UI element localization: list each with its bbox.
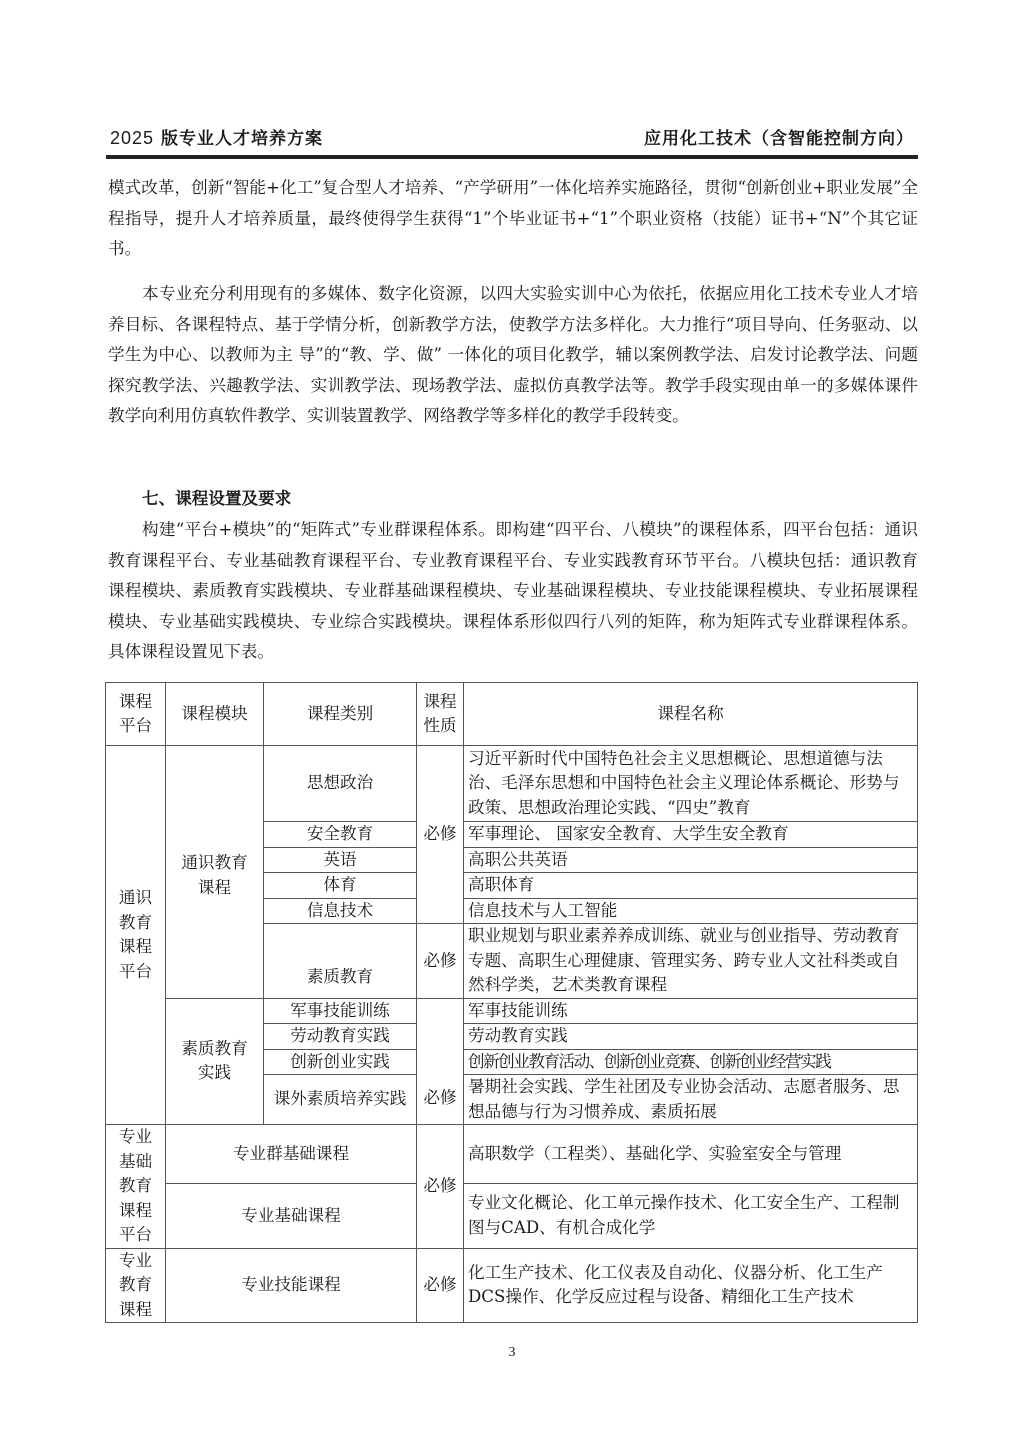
nature-cell: 必修 [417, 924, 464, 999]
header-year: 2025 [110, 128, 154, 148]
course-cell: 劳动教育实践 [464, 1024, 918, 1050]
module-prof-skill: 专业技能课程 [166, 1248, 417, 1323]
table-row: 素质教育实践 军事技能训练 必修 军事技能训练 [106, 998, 918, 1024]
header-nature: 课程性质 [417, 683, 464, 746]
table-header-row: 课程平台 课程模块 课程类别 课程性质 课程名称 [106, 683, 918, 746]
platform-basic: 专业基础教育课程平台 [106, 1125, 166, 1249]
nature-cell: 必修 [417, 746, 464, 924]
course-cell: 创新创业教育活动、创新创业竞赛、创新创业经营实践 [464, 1049, 918, 1075]
module-general-course: 通识教育课程 [166, 746, 264, 999]
course-cell: 高职体育 [464, 873, 918, 899]
table-row: 专业基础课程 专业文化概论、化工单元操作技术、化工安全生产、工程制图与CAD、有… [106, 1184, 918, 1248]
nature-cell: 必修 [417, 1248, 464, 1323]
header-module: 课程模块 [166, 683, 264, 746]
table-row: 专业基础教育课程平台 专业群基础课程 必修 高职数学（工程类）、基础化学、实验室… [106, 1125, 918, 1184]
category-cell: 英语 [264, 847, 417, 873]
course-cell: 高职公共英语 [464, 847, 918, 873]
header-divider [106, 155, 918, 159]
course-cell: 习近平新时代中国特色社会主义思想概论、思想道德与法治、毛泽东思想和中国特色社会主… [464, 746, 918, 822]
header-course-name: 课程名称 [464, 683, 918, 746]
category-cell: 信息技术 [264, 898, 417, 924]
platform-professional: 专业教育课程 [106, 1248, 166, 1323]
module-quality-practice: 素质教育实践 [166, 998, 264, 1125]
header-major-title: 应用化工技术（含智能控制方向） [644, 124, 914, 149]
course-cell: 军事理论、 国家安全教育、大学生安全教育 [464, 822, 918, 848]
module-prof-basic: 专业基础课程 [166, 1184, 417, 1248]
page-header: 2025 版专业人才培养方案 应用化工技术（含智能控制方向） [108, 122, 918, 148]
curriculum-table: 课程平台 课程模块 课程类别 课程性质 课程名称 通识教育课程平台 通识教育课程… [105, 682, 918, 1323]
module-group-basic: 专业群基础课程 [166, 1125, 417, 1184]
course-cell: 军事技能训练 [464, 998, 918, 1024]
header-platform: 课程平台 [106, 683, 166, 746]
category-cell: 安全教育 [264, 822, 417, 848]
platform-general: 通识教育课程平台 [106, 746, 166, 1125]
category-cell: 创新创业实践 [264, 1049, 417, 1075]
course-cell: 信息技术与人工智能 [464, 898, 918, 924]
paragraph-curriculum-intro: 构建“平台+模块”的“矩阵式”专业群课程体系。即构建“四平台、八模块”的课程体系… [108, 515, 918, 668]
course-cell: 化工生产技术、化工仪表及自动化、仪器分析、化工生产DCS操作、化学反应过程与设备… [464, 1248, 918, 1323]
category-cell: 体育 [264, 873, 417, 899]
category-cell: 课外素质培养实践 [264, 1075, 417, 1125]
category-cell: 军事技能训练 [264, 998, 417, 1024]
paragraph-reform: 模式改革，创新“智能+化工”复合型人才培养、“产学研用”一体化培养实施路径，贯彻… [108, 173, 918, 265]
nature-cell: 必修 [417, 1125, 464, 1249]
header-left: 2025 版专业人才培养方案 [110, 124, 323, 149]
table-row: 通识教育课程平台 通识教育课程 思想政治 必修 习近平新时代中国特色社会主义思想… [106, 746, 918, 822]
category-cell: 素质教育 [264, 924, 417, 999]
course-cell: 专业文化概论、化工单元操作技术、化工安全生产、工程制图与CAD、有机合成化学 [464, 1184, 918, 1248]
course-cell: 高职数学（工程类）、基础化学、实验室安全与管理 [464, 1125, 918, 1184]
course-cell: 职业规划与职业素养养成训练、就业与创业指导、劳动教育专题、高职生心理健康、管理实… [464, 924, 918, 999]
nature-cell: 必修 [417, 998, 464, 1125]
table-row: 专业教育课程 专业技能课程 必修 化工生产技术、化工仪表及自动化、仪器分析、化工… [106, 1248, 918, 1323]
section-heading: 七、课程设置及要求 [142, 485, 291, 509]
category-cell: 思想政治 [264, 746, 417, 822]
page-number: 3 [0, 1345, 1024, 1361]
header-category: 课程类别 [264, 683, 417, 746]
header-doc-title: 版专业人才培养方案 [161, 129, 323, 149]
course-cell: 暑期社会实践、学生社团及专业协会活动、志愿者服务、思想品德与行为习惯养成、素质拓… [464, 1075, 918, 1125]
category-cell: 劳动教育实践 [264, 1024, 417, 1050]
paragraph-teaching-methods: 本专业充分利用现有的多媒体、数字化资源，以四大实验实训中心为依托，依据应用化工技… [108, 279, 918, 432]
